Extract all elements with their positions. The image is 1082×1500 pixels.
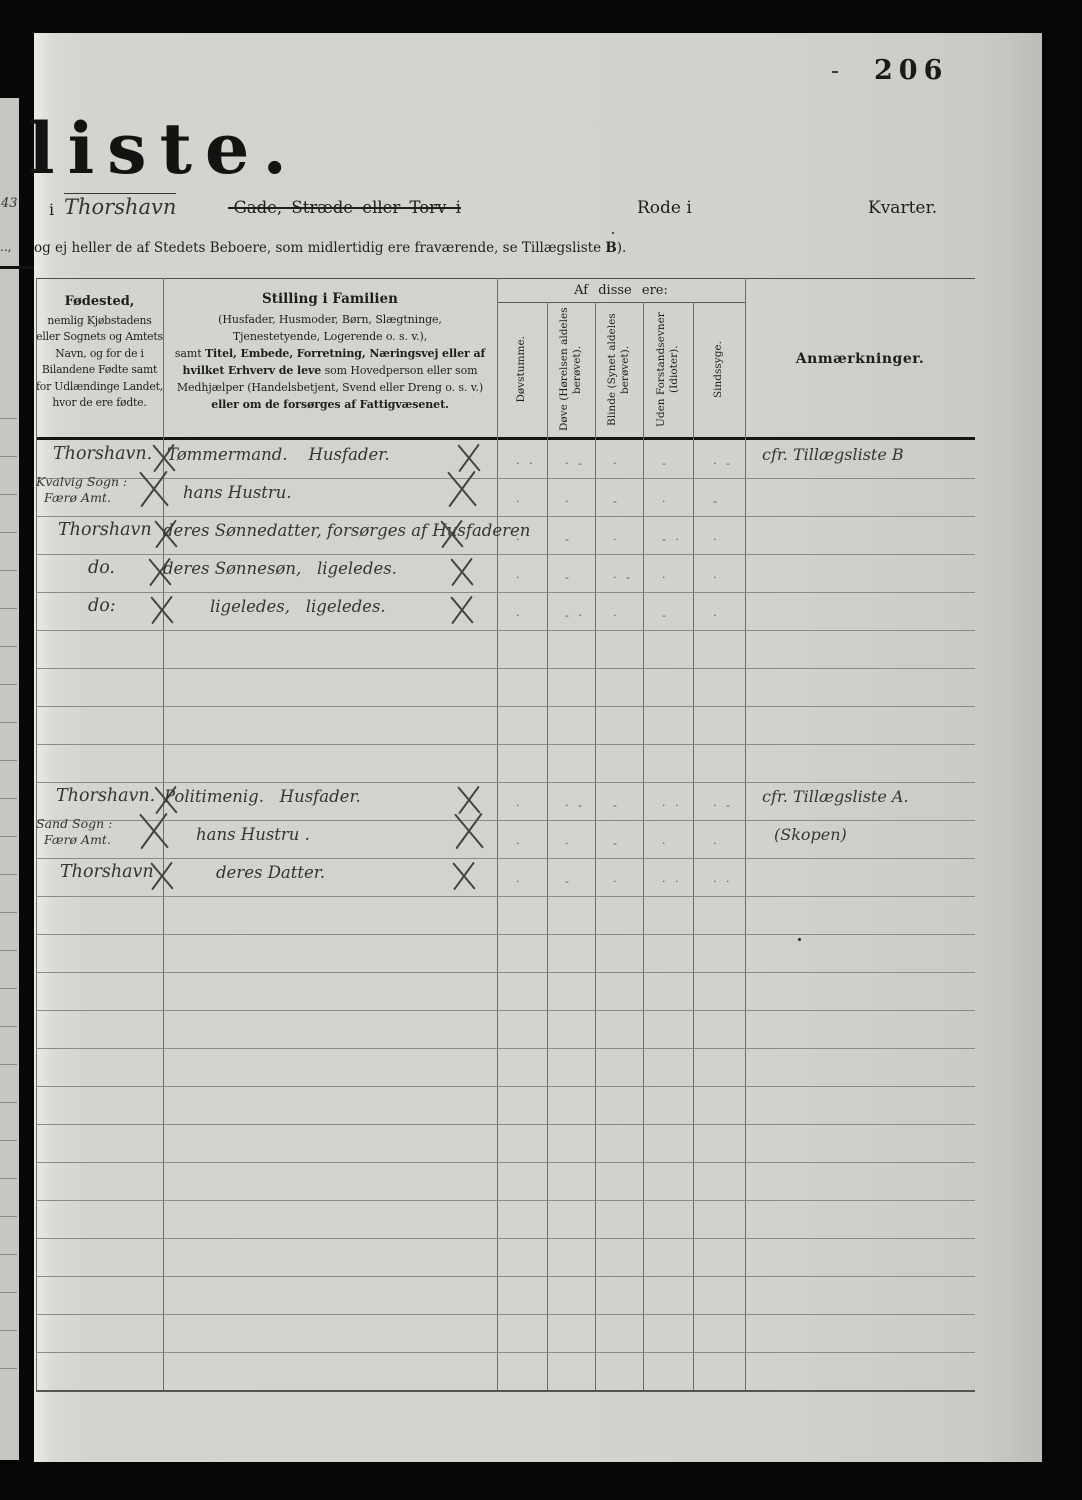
table-body: Thorshavn.Tømmermand. Husfader.· ·· -·-·…: [36, 440, 975, 1392]
sliver-rule-line: [0, 418, 17, 419]
scanned-census-page: d 43 .., 206 liste. i Thorshavn -Gade, S…: [0, 0, 1082, 1500]
sliver-rule-line: [0, 1064, 17, 1065]
sliver-rule-line: [0, 722, 17, 723]
sliver-rule-line: [0, 912, 17, 913]
position-x-mark: [448, 468, 476, 510]
ditto-mark: ·: [565, 837, 572, 850]
row-rule-line: [36, 1124, 975, 1125]
entry-remark: (Skopen): [774, 825, 847, 844]
entry-position: deres Sønnesøn, ligeledes.: [163, 559, 397, 578]
stilling-header-line: Tjenestetyende, Logerende o. s. v.),: [163, 328, 497, 345]
stilling-header-line: (Husfader, Husmoder, Børn, Slægtninge,: [163, 311, 497, 328]
row-rule-line: [36, 896, 975, 897]
pencil-dash: [832, 71, 838, 73]
ditto-mark: -: [613, 837, 620, 850]
row-rule-line: [36, 478, 975, 479]
col-header-uden-forstandsevner: Uden Forstandsevner (Idioter).: [643, 303, 693, 436]
row-rule-line: [36, 630, 975, 631]
birthplace-x-mark: [148, 594, 176, 626]
row-rule-line: [36, 972, 975, 973]
ditto-mark: -: [613, 799, 620, 812]
row-rule-line: [36, 516, 975, 517]
sliver-rule-line: [0, 456, 17, 457]
ditto-mark: -: [565, 533, 572, 546]
sliver-rule-line: [0, 950, 17, 951]
position-x-mark: [448, 594, 476, 626]
col-header-stilling: Stilling i Familien (Husfader, Husmoder,…: [163, 279, 497, 438]
page-number: 206: [874, 55, 948, 86]
row-rule-line: [36, 1314, 975, 1315]
ditto-mark: ·: [713, 837, 720, 850]
ditto-mark: · -: [713, 457, 733, 470]
stilling-header-line: hvilket Erhverv de leve som Hovedperson …: [163, 362, 497, 379]
row-rule-line: [36, 744, 975, 745]
sliver-rule-line: [0, 1292, 17, 1293]
handwritten-place: Thorshavn: [64, 193, 176, 219]
ditto-mark: ·: [516, 875, 523, 888]
col-header-dove: Døve (Hørelsen aldeles berøvet).: [547, 303, 595, 436]
stilling-header-line: samt Titel, Embede, Forretning, Næringsv…: [163, 345, 497, 362]
row-rule-line: [36, 706, 975, 707]
entry-birthplace: Sand Sogn :: [36, 816, 112, 831]
row-rule-line: [36, 554, 975, 555]
col-group-af-disse-ere: Af disse ere: Døvstumme. Døve (Hørelsen …: [497, 279, 745, 438]
sliver-rule-line: [0, 1026, 17, 1027]
sliver-rule-line: [0, 608, 17, 609]
ditto-mark: ·: [516, 799, 523, 812]
ditto-mark: · -: [613, 571, 633, 584]
row-rule-line: [36, 1276, 975, 1277]
ditto-mark: ·: [516, 495, 523, 508]
entry-remark: cfr. Tillægsliste B: [762, 445, 904, 464]
sliver-rule-line: [0, 836, 17, 837]
cutoff-text-fragment: ..,: [0, 240, 11, 254]
ditto-mark: ·: [516, 609, 523, 622]
entry-birthplace: Thorshavn.: [53, 444, 152, 464]
rode-label: Rode i: [637, 198, 692, 218]
ditto-mark: · -: [713, 799, 733, 812]
entry-birthplace: do.: [88, 558, 115, 578]
ditto-mark: - ·: [565, 609, 585, 622]
entry-remark: cfr. Tillægsliste A.: [762, 787, 909, 806]
ditto-mark: · -: [565, 457, 585, 470]
sliver-rule-line: [0, 1330, 17, 1331]
ditto-mark: ·: [613, 875, 620, 888]
ditto-mark: · -: [565, 799, 585, 812]
ditto-mark: -: [662, 457, 669, 470]
row-rule-line: [36, 1162, 975, 1163]
row-rule-line: [36, 1390, 975, 1392]
col-header-anmaerkninger: Anmærkninger.: [745, 279, 975, 438]
row-rule-line: [36, 934, 975, 935]
entry-position: deres Datter.: [216, 863, 325, 882]
col-header-blinde: Blinde (Synet aldeles berøvet).: [595, 303, 643, 436]
entry-position: deres Sønnedatter, forsørges af Husfader…: [163, 521, 530, 540]
ditto-mark: ·: [565, 495, 572, 508]
sliver-rule-line: [0, 1216, 17, 1217]
sliver-rule-line: [0, 494, 17, 495]
entry-birthplace: Thorshavn.: [56, 786, 155, 806]
ditto-mark: ·: [713, 609, 720, 622]
position-x-mark: [450, 860, 478, 892]
col-header-sindssyge: Sindssyge.: [693, 303, 745, 436]
ditto-mark: · ·: [713, 875, 733, 888]
birthplace-x-mark: [148, 860, 176, 892]
row-rule-line: [36, 820, 975, 821]
ditto-mark: -: [713, 495, 720, 508]
sliver-rule-line: [0, 1102, 17, 1103]
ditto-mark: · ·: [662, 875, 682, 888]
ditto-mark: ·: [713, 571, 720, 584]
sliver-rule-line: [0, 646, 17, 647]
entry-position: hans Hustru .: [196, 825, 310, 844]
row-rule-line: [36, 1048, 975, 1049]
book-binding-gutter: [19, 0, 35, 1500]
row-rule-line: [36, 592, 975, 593]
entry-birthplace: Thorshavn: [58, 520, 152, 540]
sliver-rule-line: [0, 1254, 17, 1255]
group-header-label: Af disse ere:: [497, 279, 745, 303]
ditto-mark: · ·: [516, 457, 536, 470]
ditto-mark: -: [662, 609, 669, 622]
ditto-mark: · ·: [662, 799, 682, 812]
sliver-rule-line: [0, 1140, 17, 1141]
sliver-rule-line: [0, 570, 17, 571]
entry-birthplace: Kvalvig Sogn :: [36, 474, 127, 489]
ditto-mark: ·: [516, 533, 523, 546]
sliver-rule-line: [0, 532, 17, 533]
street-label-struck: -Gade, Stræde eller Torv i: [228, 198, 461, 217]
entry-birthplace: Thorshavn: [60, 862, 154, 882]
stilling-description: (Husfader, Husmoder, Børn, Slægtninge,Tj…: [163, 311, 497, 413]
sliver-rule-line: [0, 684, 17, 685]
row-rule-line: [36, 668, 975, 669]
birthplace-x-mark: [140, 468, 168, 510]
ditto-mark: - ·: [662, 533, 682, 546]
sliver-rule-line: [0, 1368, 17, 1369]
cutoff-title-letter: d: [0, 118, 19, 184]
sliver-rule-line: [0, 988, 17, 989]
entry-birthplace: Færø Amt.: [44, 832, 111, 847]
position-x-mark: [448, 556, 476, 588]
col-header-dovstumme: Døvstumme.: [497, 303, 547, 436]
census-form-page: 206 liste. i Thorshavn -Gade, Stræde ell…: [34, 33, 1042, 1462]
row-rule-line: [36, 1238, 975, 1239]
row-rule-line: [36, 1086, 975, 1087]
row-rule-line: [36, 1352, 975, 1353]
row-rule-line: [36, 782, 975, 783]
ditto-mark: ·: [516, 571, 523, 584]
entry-position: Politimenig. Husfader.: [164, 787, 361, 806]
entry-birthplace: Færø Amt.: [44, 490, 111, 505]
stilling-header-line: eller om de forsørges af Fattigvæsenet.: [163, 396, 497, 413]
ditto-mark: ·: [713, 533, 720, 546]
ditto-mark: ·: [613, 533, 620, 546]
sliver-rule-line: [0, 798, 17, 799]
entry-birthplace: do:: [88, 596, 116, 616]
stilling-header-line: Medhjælper (Handelsbetjent, Svend eller …: [163, 379, 497, 396]
ditto-mark: ·: [516, 837, 523, 850]
address-prefix: i: [49, 200, 54, 219]
entry-position: hans Hustru.: [183, 483, 292, 502]
ditto-mark: -: [565, 571, 572, 584]
ditto-mark: ·: [662, 837, 669, 850]
form-title-fragment: liste.: [28, 107, 300, 190]
pencil-speck: [798, 938, 801, 941]
col-header-fodested: Fødested, nemlig Kjøbstadens eller Sogne…: [36, 279, 163, 438]
ditto-mark: -: [565, 875, 572, 888]
ditto-mark: ·: [662, 495, 669, 508]
ditto-mark: ·: [662, 571, 669, 584]
pencil-speck: [612, 232, 614, 234]
row-rule-line: [36, 1200, 975, 1201]
sliver-rule-line: [0, 1178, 17, 1179]
previous-page-edge: d 43 ..,: [0, 98, 19, 1460]
instruction-note: og ej heller de af Stedets Beboere, som …: [34, 240, 626, 256]
position-x-mark: [438, 518, 466, 550]
kvarter-label: Kvarter.: [868, 198, 937, 218]
position-x-mark: [455, 810, 483, 852]
table-header: Fødested, nemlig Kjøbstadens eller Sogne…: [36, 278, 975, 438]
sliver-rule-line: [0, 760, 17, 761]
cutoff-handwriting-fragment: 43: [1, 196, 18, 211]
ditto-mark: -: [613, 495, 620, 508]
birthplace-x-mark: [140, 810, 168, 852]
ditto-mark: ·: [613, 457, 620, 470]
ditto-mark: ·: [613, 609, 620, 622]
row-rule-line: [36, 858, 975, 859]
entry-position: Tømmermand. Husfader.: [167, 445, 390, 464]
sliver-rule-line: [0, 874, 17, 875]
row-rule-line: [36, 1010, 975, 1011]
entry-position: ligeledes, ligeledes.: [210, 597, 386, 616]
